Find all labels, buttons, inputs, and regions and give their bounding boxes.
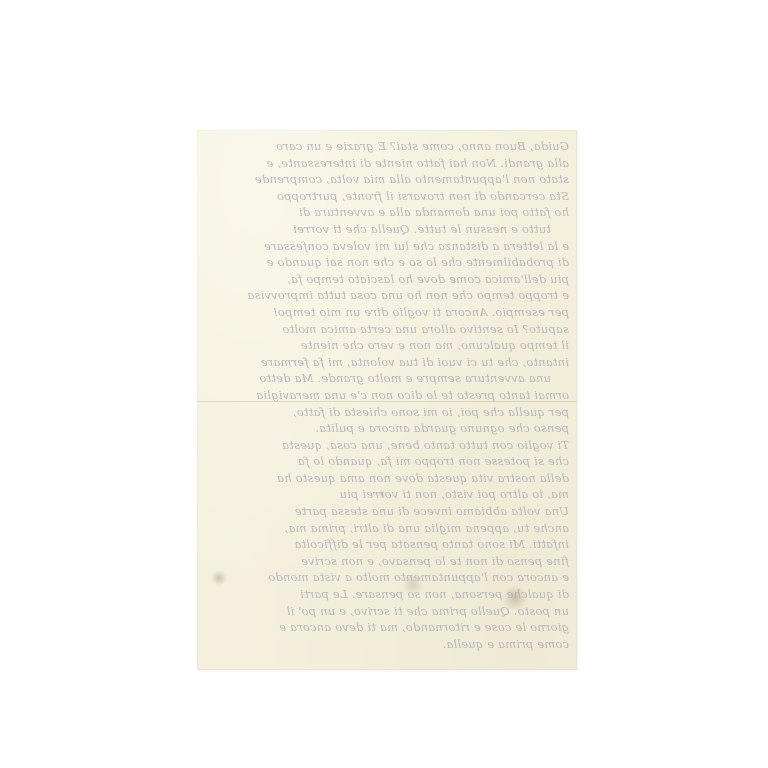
text-line: per esempio. Ancora ti voglio dire un mi… bbox=[207, 304, 569, 321]
text-line: Una volta abbiamo invece di una stessa p… bbox=[207, 503, 569, 520]
text-line: alla grandi. Non hai fatto niente di int… bbox=[207, 155, 569, 172]
text-line: per quella che poi, io mi sono chiesta d… bbox=[207, 404, 569, 421]
text-line: tutto e nessun le tutte. Quella che ti v… bbox=[207, 221, 569, 238]
text-line: una avventura sempre e molto grande. Ma … bbox=[207, 370, 569, 387]
scan-canvas: Guida, Buon anno, come stai? E grazie e … bbox=[0, 0, 768, 768]
handwritten-text-mirrored: Guida, Buon anno, come stai? E grazie e … bbox=[207, 138, 569, 652]
text-line: stato non l'appuntamento alla mia volta,… bbox=[207, 171, 569, 188]
text-line: fine penso di non te lo pensavo, e non s… bbox=[207, 553, 569, 570]
text-line: intanto, che tu ci vuoi di tua volonta, … bbox=[207, 354, 569, 371]
text-line: Ti voglio con tutto tanto bene, una cosa… bbox=[207, 437, 569, 454]
text-line: infatti. Mi sono tanto pensata per le di… bbox=[207, 536, 569, 553]
text-line: ho fatto poi una domanda alla e avventur… bbox=[207, 204, 569, 221]
text-line: di probabilmente che lo so e che non sai… bbox=[207, 254, 569, 271]
text-line: Guida, Buon anno, come stai? E grazie e … bbox=[207, 138, 569, 155]
text-line: e la lettera a distanza che lui mi volev… bbox=[207, 238, 569, 255]
text-line: e troppo tempo che non ho una cosa tutta… bbox=[207, 287, 569, 304]
text-line: come prima e quella. bbox=[352, 636, 569, 653]
text-line: Sta cercando di non trovarsi il fronte, … bbox=[207, 188, 569, 205]
text-line: e ancora con l'appuntamento molto a vist… bbox=[207, 569, 569, 586]
text-line: il tempo qualcuno, ma non e vero che nie… bbox=[207, 337, 569, 354]
text-line: che si potesse non troppo mi fa, quando … bbox=[207, 453, 569, 470]
text-line: giorno le cose e ritornando, ma ti devo … bbox=[207, 619, 569, 636]
text-line: ormai tanto presto te lo dico non c'e un… bbox=[207, 387, 569, 404]
text-line: ma, io altro poi visto, non ti vorrei pi… bbox=[207, 486, 569, 503]
text-line: di qualche persona, non so pensare. Le p… bbox=[207, 586, 569, 603]
text-line: penso che ognuno guarda ancora e pulita. bbox=[308, 420, 569, 437]
text-line: saputo? Io sentivo allora una certa amic… bbox=[207, 321, 569, 338]
text-line: anche tu, appena miglia una di altri, pr… bbox=[207, 520, 569, 537]
text-line: piu dell'amica come dove ho lasciato tem… bbox=[207, 271, 569, 288]
text-line: della nostra vita questa dove non ama qu… bbox=[207, 470, 569, 487]
text-line: un posto. Quello prima che ti scrivo, e … bbox=[207, 603, 569, 620]
letter-page: Guida, Buon anno, come stai? E grazie e … bbox=[197, 130, 577, 670]
